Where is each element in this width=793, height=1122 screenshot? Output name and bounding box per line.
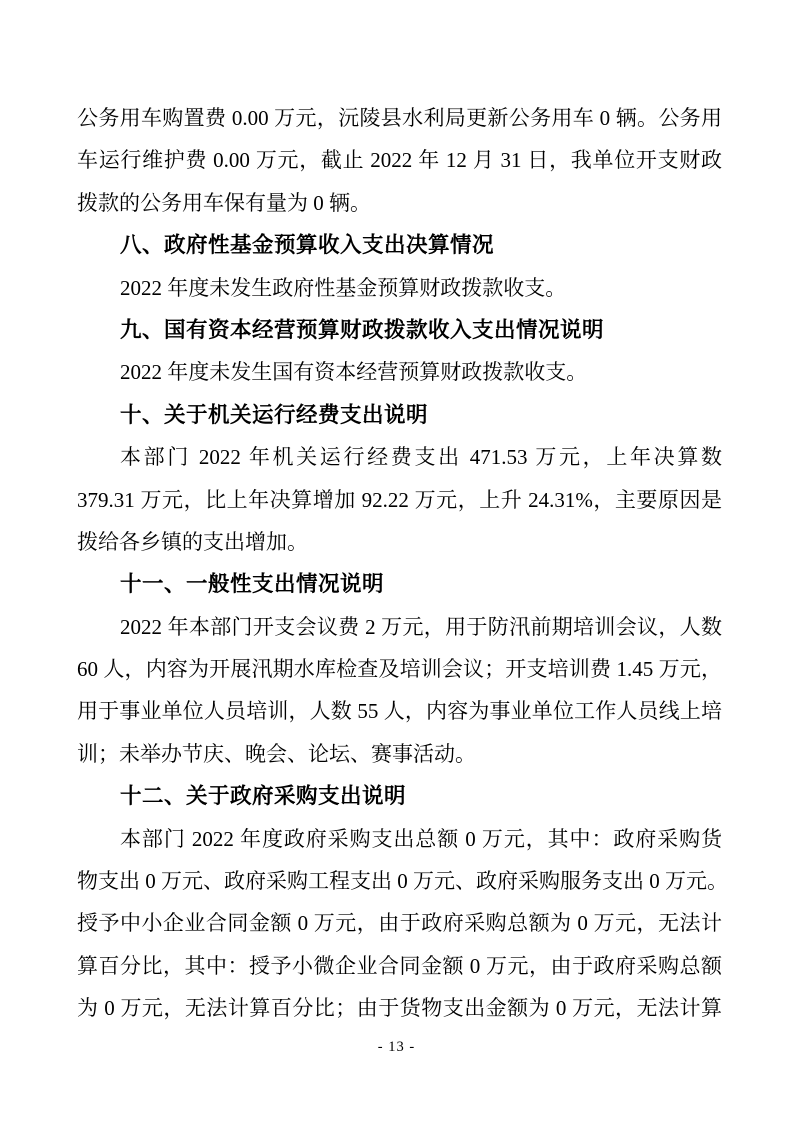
section-heading: 十一、一般性支出情况说明	[77, 563, 722, 605]
paragraph-line: 车运行维护费 0.00 万元，截止 2022 年 12 月 31 日，我单位开支…	[77, 139, 722, 181]
paragraph-line: 379.31 万元，比上年决算增加 92.22 万元，上升 24.31%，主要原…	[77, 479, 722, 521]
paragraph-line: 为 0 万元，无法计算百分比；由于货物支出金额为 0 万元，无法计算	[77, 987, 722, 1029]
paragraph-line: 物支出 0 万元、政府采购工程支出 0 万元、政府采购服务支出 0 万元。	[77, 860, 722, 902]
paragraph-line: 60 人，内容为开展汛期水库检查及培训会议；开支培训费 1.45 万元，	[77, 648, 722, 690]
paragraph-line: 拨给各乡镇的支出增加。	[77, 521, 722, 563]
section-heading: 九、国有资本经营预算财政拨款收入支出情况说明	[77, 309, 722, 351]
page-footer: - 13 -	[0, 1038, 793, 1056]
section-heading: 八、政府性基金预算收入支出决算情况	[77, 224, 722, 266]
paragraph-line: 公务用车购置费 0.00 万元，沅陵县水利局更新公务用车 0 辆。公务用	[77, 97, 722, 139]
paragraph-line: 本部门 2022 年机关运行经费支出 471.53 万元，上年决算数	[77, 436, 722, 478]
paragraph-line: 拨款的公务用车保有量为 0 辆。	[77, 182, 722, 224]
paragraph-line: 2022 年度未发生政府性基金预算财政拨款收支。	[77, 267, 722, 309]
document-content: 公务用车购置费 0.00 万元，沅陵县水利局更新公务用车 0 辆。公务用车运行维…	[77, 97, 722, 1030]
paragraph-line: 用于事业单位人员培训，人数 55 人，内容为事业单位工作人员线上培	[77, 690, 722, 732]
section-heading: 十二、关于政府采购支出说明	[77, 775, 722, 817]
paragraph-line: 训；未举办节庆、晚会、论坛、赛事活动。	[77, 733, 722, 775]
paragraph-line: 2022 年本部门开支会议费 2 万元，用于防汛前期培训会议，人数	[77, 606, 722, 648]
page-number: - 13 -	[378, 1039, 415, 1055]
paragraph-line: 2022 年度未发生国有资本经营预算财政拨款收支。	[77, 351, 722, 393]
document-page: 公务用车购置费 0.00 万元，沅陵县水利局更新公务用车 0 辆。公务用车运行维…	[0, 0, 793, 1122]
paragraph-line: 本部门 2022 年度政府采购支出总额 0 万元，其中：政府采购货	[77, 818, 722, 860]
section-heading: 十、关于机关运行经费支出说明	[77, 394, 722, 436]
paragraph-line: 授予中小企业合同金额 0 万元，由于政府采购总额为 0 万元，无法计	[77, 902, 722, 944]
paragraph-line: 算百分比，其中：授予小微企业合同金额 0 万元，由于政府采购总额	[77, 945, 722, 987]
